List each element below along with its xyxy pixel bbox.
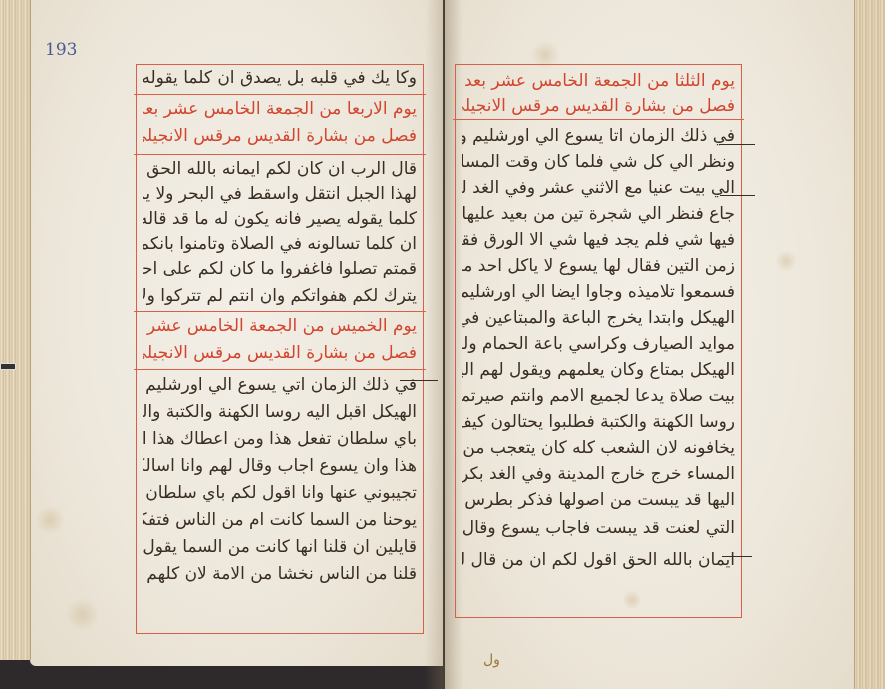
text-line: الهيكل اقبل اليه روسا الكهنة والكتبة وال…	[143, 401, 417, 423]
text-line: قايلين ان قلنا انها كانت من السما يقول ل…	[143, 536, 417, 558]
ruling-line	[134, 311, 426, 312]
ruling-line	[453, 119, 744, 120]
rubric-heading: يوم الثلثا من الجمعة الخامس عشر بعد عيد …	[462, 70, 735, 92]
text-line: يخافونه لان الشعب كله كان يتعجب من تعليم…	[462, 437, 735, 459]
marginal-stroke	[722, 556, 752, 557]
text-line: الهيكل بمتاع وكان يعلمهم ويقول لهم اليس …	[462, 359, 735, 381]
rubric-heading: فصل من بشارة القديس مرقس الانجيلي	[143, 125, 417, 147]
text-line: يترك لكم هفواتكم وان انتم لم تتركوا ولا …	[143, 285, 417, 307]
right-text-block: يوم الثلثا من الجمعة الخامس عشر بعد عيد …	[455, 64, 742, 618]
text-line: زمن التين فقال لها يسوع لا ياكل احد منك …	[462, 255, 735, 277]
paper-stain	[65, 597, 100, 632]
ruling-line	[134, 154, 426, 155]
text-line: ايمان بالله الحق اقول لكم ان من قال لهذا…	[462, 549, 735, 571]
text-line: وكا يك في قلبه بل يصدق ان كلما يقوله يصي…	[143, 67, 417, 89]
rubric-heading: فصل من بشارة القديس مرقس الانجيلي	[143, 342, 417, 364]
marginal-stroke	[720, 144, 755, 145]
text-line: قلنا من الناس نخشا من الامة لان كلهم يتخ…	[143, 563, 417, 585]
table-background	[0, 662, 445, 689]
marginal-stroke	[720, 195, 755, 196]
text-line: فيها شي فلم يجد فيها شي الا الورق فقط لا…	[462, 229, 735, 251]
text-line: اليها قد يبست من اصولها فذكر بطرس وقال ل…	[462, 489, 735, 511]
paper-stain	[35, 505, 65, 535]
text-line: بيت صلاة يدعا لجميع الامم وانتم صيرتموه …	[462, 385, 735, 407]
text-line: ونظر الي كل شي فلما كان وقت المسا خرج	[462, 151, 735, 173]
ruling-line	[134, 369, 426, 370]
text-line: روسا الكهنة والكتبة فطلبوا يحتالون كيف ي…	[462, 411, 735, 433]
text-line: ان كلما تسالونه في الصلاة وتامنوا بانكم …	[143, 233, 417, 255]
text-line: قمتم تصلوا فاغفروا ما كان لكم على احد لك…	[143, 258, 417, 280]
marginal-stroke	[400, 380, 438, 381]
text-line: التي لعنت قد يبست فاجاب يسوع وقال لهم ان…	[462, 517, 735, 539]
text-line: المساء خرج خارج المدينة وفي الغد بكرة جا…	[462, 463, 735, 485]
text-line: يوحنا من السما كانت ام من الناس فتفكروا …	[143, 509, 417, 531]
rubric-heading: يوم الخميس من الجمعة الخامس عشر بعد عيد …	[143, 315, 417, 337]
text-line: في ذلك الزمان اتا يسوع الي اورشليم ودخل …	[462, 125, 735, 147]
left-page-edges	[0, 0, 31, 660]
text-line: لهذا الجبل انتقل واسقط في البحر ولا يشك …	[143, 183, 417, 205]
text-line: الهيكل وابتدا يخرج الباعة والمبتاعين في …	[462, 307, 735, 329]
left-text-block: وكا يك في قلبه بل يصدق ان كلما يقوله يصي…	[136, 64, 424, 634]
text-line: في ذلك الزمان اتي يسوع الي اورشليم وبينم…	[143, 374, 417, 396]
text-line: فسمعوا تلاميذه وجاوا ايضا الي اورشليم ود…	[462, 281, 735, 303]
ruling-line	[134, 94, 426, 95]
manuscript-spread: 193 ول وكا يك في قلبه بل يصدق ان كلما يق…	[0, 0, 885, 689]
rubric-heading: يوم الاربعا من الجمعة الخامس عشر بعد عيد…	[143, 98, 417, 120]
text-line: تجيبوني عنها وانا اقول لكم باي سلطان افع…	[143, 482, 417, 504]
text-line: كلما يقوله يصير فانه يكون له ما قد قاله …	[143, 208, 417, 230]
text-line: الي بيت عنيا مع الاثني عشر وفي الغد لما …	[462, 177, 735, 199]
folio-number: 193	[45, 40, 77, 60]
text-line: قال الرب ان كان لكم ايمانه بالله الحق اق…	[143, 158, 417, 180]
bookmark-tab	[0, 363, 16, 370]
text-line: باي سلطان تفعل هذا ومن اعطاك هذا السلطان…	[143, 428, 417, 450]
right-page-edges	[854, 0, 885, 689]
paper-stain	[775, 250, 797, 272]
catchword: ول	[483, 652, 500, 668]
rubric-heading: فصل من بشارة القديس مرقس الانجيلي	[462, 95, 735, 117]
text-line: موايد الصيارف وكراسي باعة الحمام ولم يتر…	[462, 333, 735, 355]
text-line: جاع فنظر الي شجرة تين من بعيد عليها ورق …	[462, 203, 735, 225]
text-line: هذا وان يسوع اجاب وقال لهم وانا اسالكم ع…	[143, 455, 417, 477]
